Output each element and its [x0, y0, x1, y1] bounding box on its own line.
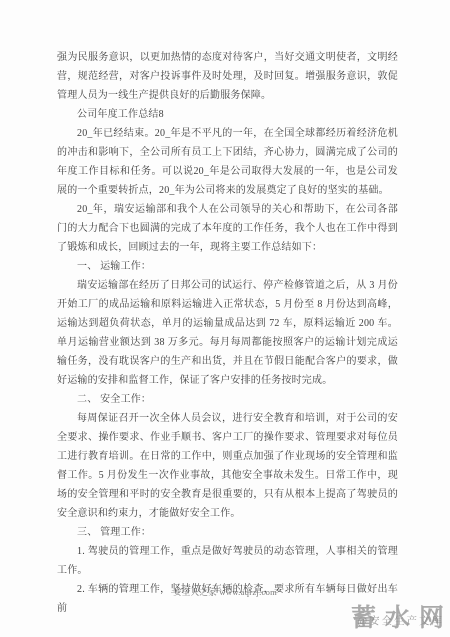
watermark-overlay-text: @安全生产文库	[357, 613, 444, 628]
document-title: 公司年度工作总结8	[57, 105, 398, 124]
document-body: 强为民服务意识，以更加热情的态度对待客户，当好交通文明使者，文明经营，规范经营，…	[57, 48, 398, 618]
section-heading-safety: 二、 安全工作：	[57, 390, 398, 409]
section-heading-transport: 一、 运输工作：	[57, 257, 398, 276]
section-heading-management: 三、 管理工作：	[57, 523, 398, 542]
paragraph: 每周保证召开一次全体人员会议，进行安全教育和培训，对于公司的安全要求、操作要求、…	[57, 409, 398, 523]
paragraph: 强为民服务意识，以更加热情的态度对待客户，当好交通文明使者，文明经营，规范经营，…	[57, 48, 398, 105]
paragraph: 瑞安运输部在经历了日邦公司的试运行、停产检修管道之后，从 3 月份开始工厂的成品…	[57, 276, 398, 390]
paragraph: 1. 驾驶员的管理工作，重点是做好驾驶员的动态管理，人事相关的管理工作。	[57, 542, 398, 580]
paragraph: 20_年已经结束。20_年是不平凡的一年，在全国全球都经历着经济危机的冲击和影响…	[57, 124, 398, 200]
site-footer-text: 安全人之家 www.aqrzj.com	[0, 586, 450, 598]
document-page: 强为民服务意识，以更加热情的态度对待客户，当好交通文明使者，文明经营，规范经营，…	[0, 0, 450, 637]
paragraph: 20_年，瑞安运输部和我个人在公司领导的关心和帮助下，在公司各部门的大力配合下也…	[57, 200, 398, 257]
